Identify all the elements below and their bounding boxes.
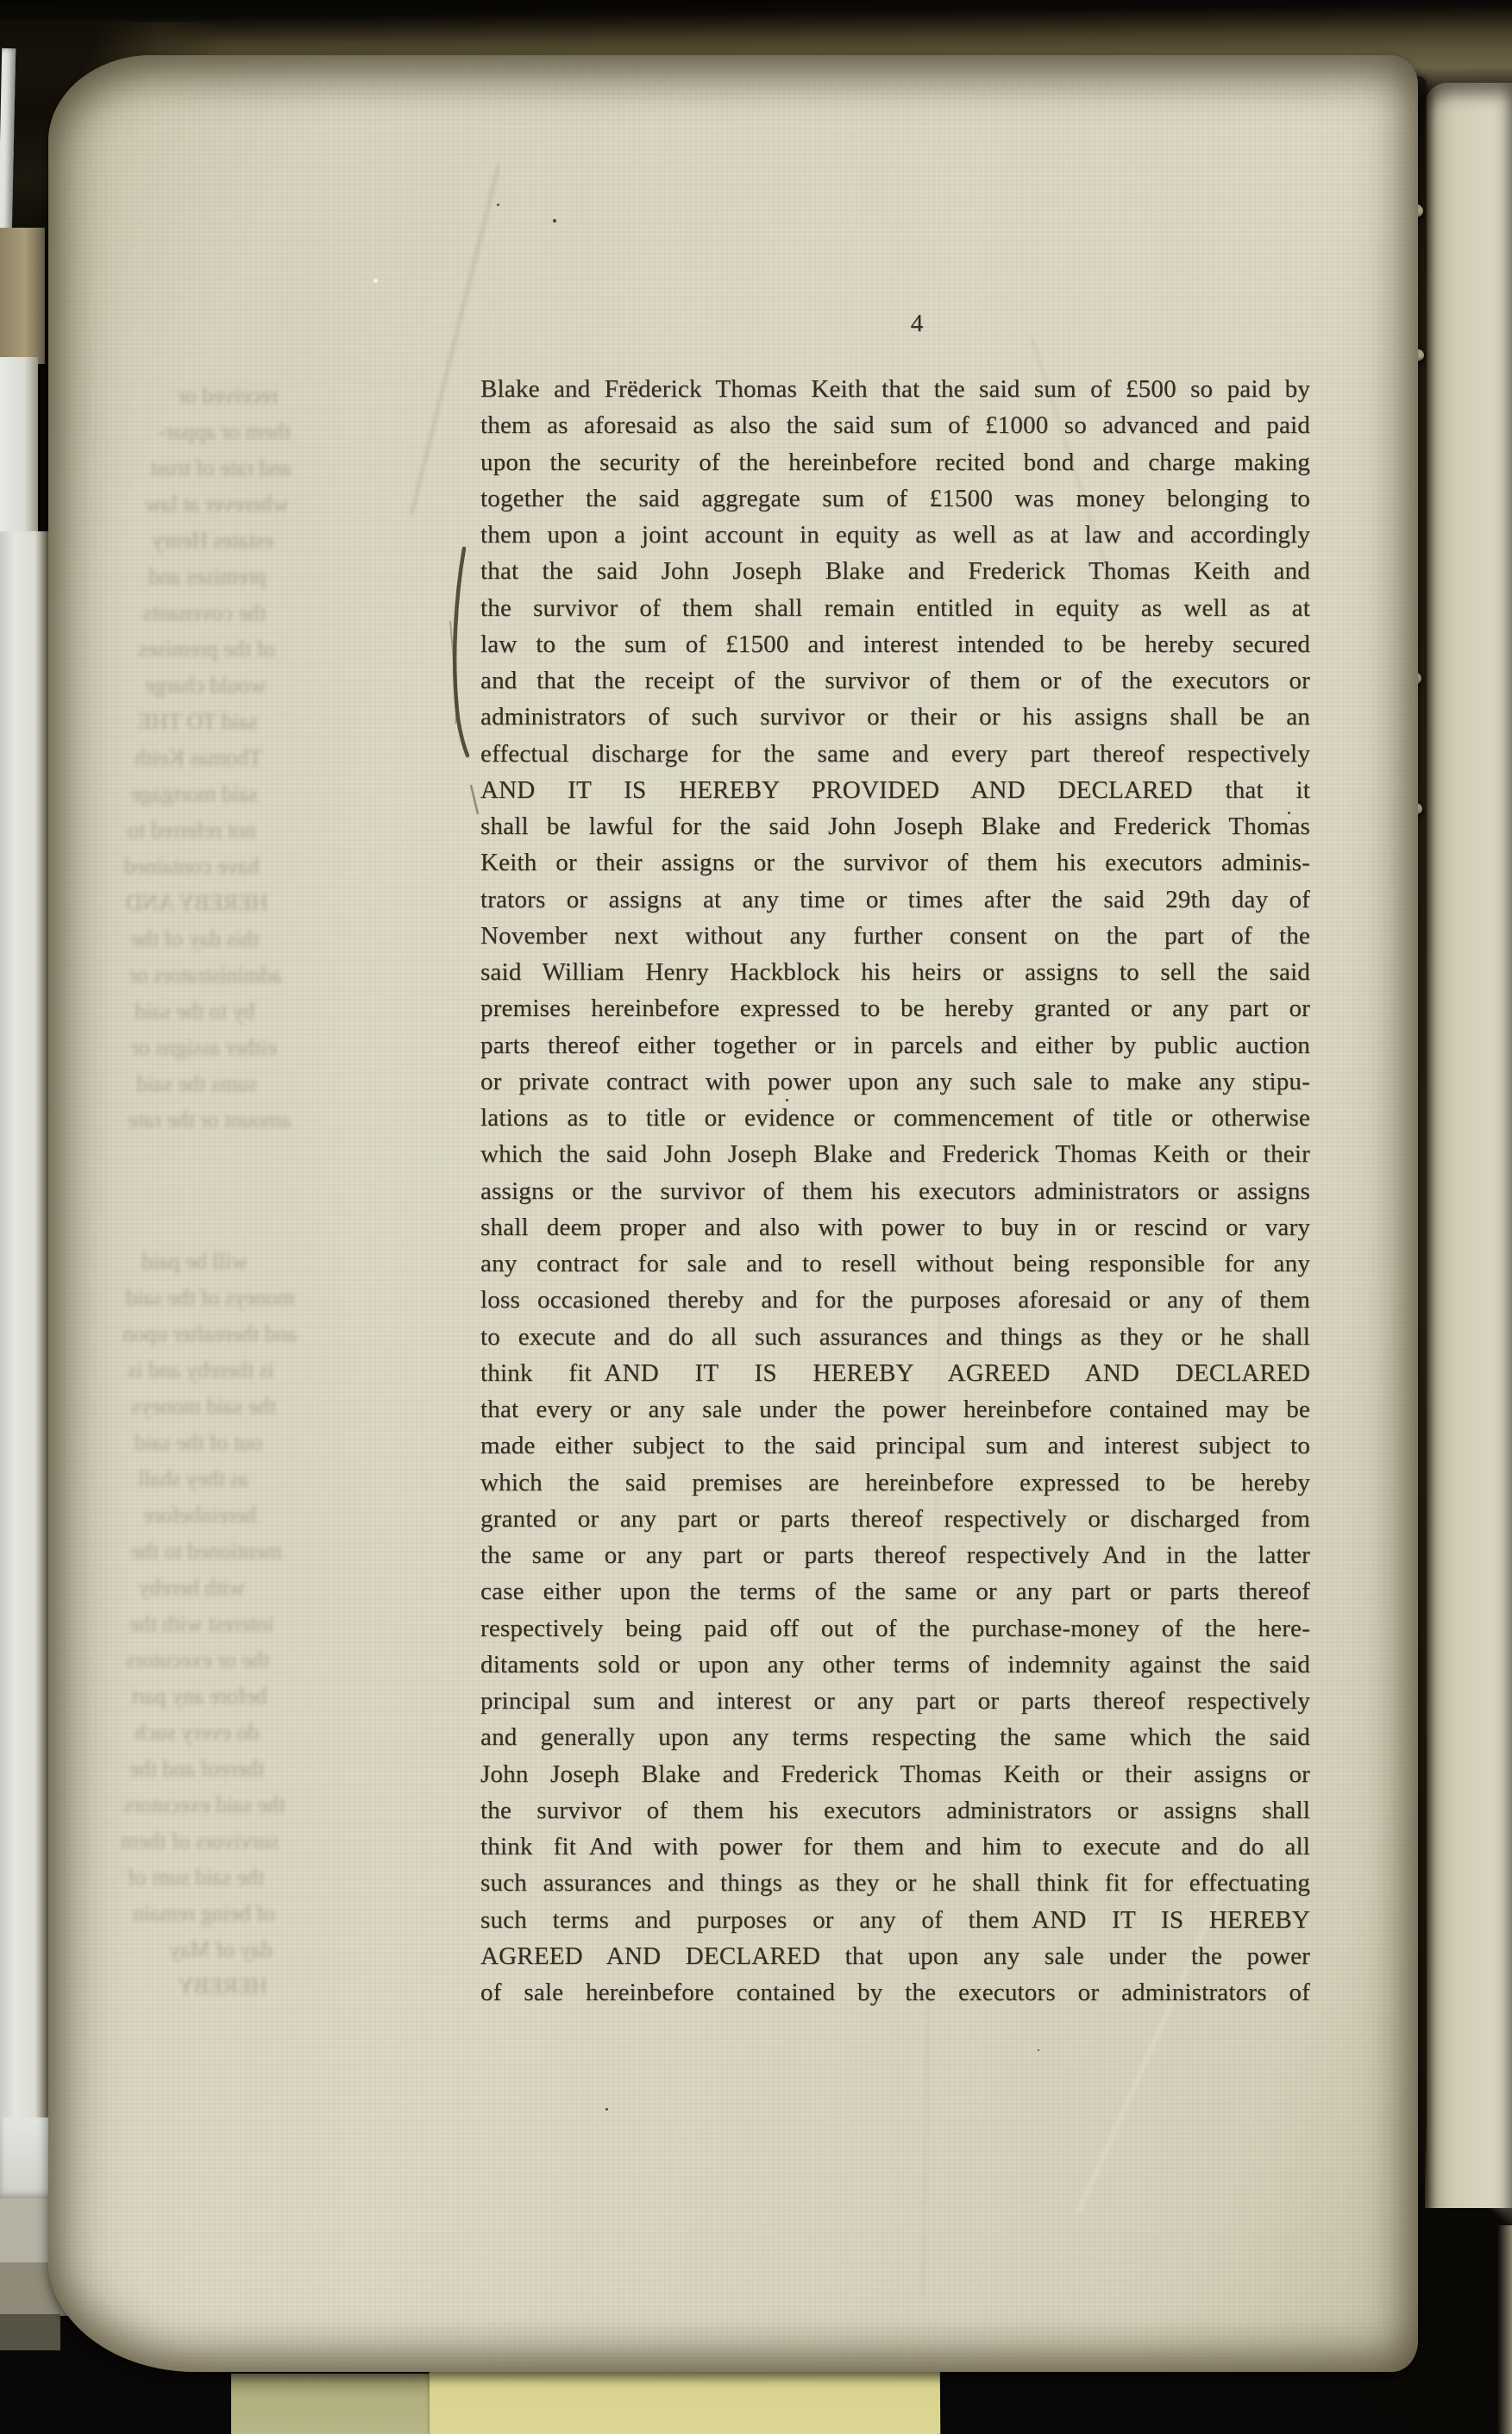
bleedthrough-text: is thereby and is bbox=[128, 1358, 274, 1383]
inserted-yellow-paper bbox=[430, 2363, 941, 2434]
text-line: parts thereof either together or in parc… bbox=[480, 1027, 1310, 1063]
text-line: administrators of such survivor or their… bbox=[480, 699, 1310, 735]
bleedthrough-text: said TO THE bbox=[138, 709, 258, 735]
paper-speck bbox=[1038, 2049, 1039, 2051]
text-line: and generally upon any terms respecting … bbox=[480, 1719, 1310, 1755]
bleedthrough-text: the said moneys bbox=[131, 1394, 276, 1420]
text-line: such terms and purposes or any of them A… bbox=[480, 1902, 1310, 1938]
text-line: any contract for sale and to resell with… bbox=[480, 1245, 1310, 1282]
book-scan: received orthem or appar-and rate of tru… bbox=[0, 0, 1512, 2434]
underlying-white-paper bbox=[0, 531, 50, 2306]
bleedthrough-text: Thomas Keith bbox=[135, 745, 262, 771]
text-line: John Joseph Blake and Frederick Thomas K… bbox=[480, 1756, 1310, 1792]
paper-stack-edge bbox=[0, 228, 45, 364]
bleedthrough-text: this day of the bbox=[131, 926, 259, 952]
text-line: law to the sum of £1500 and interest int… bbox=[480, 626, 1310, 662]
paper-speck bbox=[605, 2108, 608, 2111]
text-line: case either upon the terms of the same o… bbox=[480, 1573, 1310, 1609]
bleedthrough-text: moneys of the said bbox=[126, 1285, 295, 1311]
text-line: that the said John Joseph Blake and Fred… bbox=[480, 553, 1310, 589]
bleedthrough-text: HEREBY AND bbox=[126, 890, 267, 916]
scan-root: { "page": { "number": "4", "lines": [ "B… bbox=[0, 0, 1512, 2434]
text-line: think fit And with power for them and hi… bbox=[480, 1829, 1310, 1865]
text-line: and that the receipt of the survivor of … bbox=[480, 662, 1310, 699]
bleedthrough-text: the said executors bbox=[124, 1792, 285, 1818]
text-line: AGREED AND DECLARED that upon any sale u… bbox=[480, 1938, 1310, 1974]
bleedthrough-text: and rate of trust bbox=[150, 455, 292, 481]
inserted-paper-edge bbox=[231, 2374, 436, 2434]
bleedthrough-text: mentioned to the bbox=[131, 1539, 282, 1565]
text-line: think fit AND IT IS HEREBY AGREED AND DE… bbox=[480, 1355, 1310, 1391]
bleedthrough-text: administrators or bbox=[129, 963, 282, 988]
bleedthrough-text: premises and bbox=[148, 564, 266, 590]
text-line: the survivor of them shall remain entitl… bbox=[480, 590, 1310, 626]
text-line: or private contract with power upon any … bbox=[480, 1063, 1310, 1100]
text-line: principal sum and interest or any part o… bbox=[480, 1683, 1310, 1719]
text-line: together the said aggregate sum of £1500… bbox=[480, 480, 1310, 517]
text-line: effectual discharge for the same and eve… bbox=[480, 736, 1310, 772]
bleedthrough-text: not referred to bbox=[128, 818, 256, 844]
text-line: lations as to title or evidence or comme… bbox=[480, 1100, 1310, 1136]
bleedthrough-text: wherever at law bbox=[145, 492, 288, 518]
paper-speck bbox=[553, 219, 556, 223]
bleedthrough-text: estates Henry bbox=[152, 528, 273, 554]
bleedthrough-text: out of the said bbox=[135, 1430, 262, 1456]
bleedthrough-text: HEREBY bbox=[178, 1973, 267, 1999]
text-line: the same or any part or parts thereof re… bbox=[480, 1537, 1310, 1573]
bleedthrough-text: by to the said bbox=[135, 999, 254, 1025]
bleedthrough-text: amount or the rate bbox=[128, 1107, 292, 1133]
bleedthrough-text: thereof and the bbox=[129, 1756, 264, 1782]
text-line: to execute and do all such assurances an… bbox=[480, 1319, 1310, 1355]
text-line: trators or assigns at any time or times … bbox=[480, 881, 1310, 918]
text-line: premises hereinbefore expressed to be he… bbox=[480, 990, 1310, 1026]
bleedthrough-text: will be paid bbox=[141, 1249, 248, 1275]
text-line: which the said John Joseph Blake and Fre… bbox=[480, 1136, 1310, 1172]
bleedthrough-text: with hereby bbox=[138, 1575, 244, 1601]
bleedthrough-text: and thereafter upon bbox=[122, 1321, 297, 1347]
text-line: November next without any further consen… bbox=[480, 918, 1310, 954]
text-line: that every or any sale under the power h… bbox=[480, 1391, 1310, 1427]
bleedthrough-text: the or executors bbox=[126, 1647, 269, 1673]
text-line: them as aforesaid as also the said sum o… bbox=[480, 407, 1310, 443]
bleedthrough-text: either assigns or bbox=[131, 1035, 277, 1061]
bleedthrough-text: of being remain bbox=[133, 1901, 275, 1927]
bleedthrough-text: would charge bbox=[145, 673, 266, 699]
text-block: Blake and Frëderick Thomas Keith that th… bbox=[480, 371, 1310, 2011]
text-line: granted or any part or parts thereof res… bbox=[480, 1501, 1310, 1537]
text-line: of sale hereinbefore contained by the ex… bbox=[480, 1974, 1310, 2011]
bleedthrough-text: before any part bbox=[131, 1684, 267, 1709]
text-line: ditaments sold or upon any other terms o… bbox=[480, 1647, 1310, 1683]
bleedthrough-text: hereinbefore bbox=[143, 1502, 256, 1528]
text-line: respectively being paid off out of the p… bbox=[480, 1610, 1310, 1647]
text-line: the survivor of them his executors admin… bbox=[480, 1792, 1310, 1829]
text-line: Blake and Frëderick Thomas Keith that th… bbox=[480, 371, 1310, 407]
text-line: Keith or their assigns or the survivor o… bbox=[480, 844, 1310, 881]
bleedthrough-text: do every such bbox=[135, 1720, 259, 1746]
bleedthrough-text: as they shall bbox=[138, 1466, 249, 1492]
text-line: shall deem proper and also with power to… bbox=[480, 1209, 1310, 1245]
text-line: which the said premises are hereinbefore… bbox=[480, 1465, 1310, 1501]
text-line: shall be lawful for the said John Joseph… bbox=[480, 808, 1310, 844]
bleedthrough-text: received or bbox=[178, 383, 278, 409]
next-page-edge bbox=[1425, 83, 1512, 2370]
text-line: assigns or the survivor of them his exec… bbox=[480, 1173, 1310, 1209]
paper-speck bbox=[497, 204, 499, 206]
paper-stack-sliver bbox=[0, 357, 38, 535]
bleedthrough-text: said mortgage bbox=[131, 781, 258, 807]
text-line: them upon a joint account in equity as w… bbox=[480, 517, 1310, 553]
text-line: made either subject to the said principa… bbox=[480, 1427, 1310, 1464]
bleedthrough-text: the covenants bbox=[143, 600, 266, 626]
bleedthrough-text: the said sum of bbox=[128, 1865, 264, 1891]
bleedthrough-text: sums the said bbox=[136, 1071, 257, 1097]
paper-stack-ledge bbox=[0, 2314, 60, 2350]
right-page-sliver bbox=[1497, 2225, 1512, 2434]
bleedthrough-text: of the premises bbox=[138, 637, 275, 662]
text-line: said William Henry Hackblock his heirs o… bbox=[480, 954, 1310, 990]
text-line: such assurances and things as they or he… bbox=[480, 1865, 1310, 1901]
text-line: loss occasioned thereby and for the purp… bbox=[480, 1282, 1310, 1318]
text-line: upon the security of the hereinbefore re… bbox=[480, 444, 1310, 480]
bleedthrough-text: day of May bbox=[169, 1937, 273, 1963]
document-page: received orthem or appar-and rate of tru… bbox=[48, 55, 1418, 2372]
page-number: 4 bbox=[874, 310, 960, 338]
bleedthrough-text: survivors of them bbox=[121, 1829, 279, 1854]
bleedthrough-text: have contained bbox=[124, 854, 260, 880]
bleedthrough-text: them or appar- bbox=[159, 419, 291, 445]
bleedthrough-text: interest with the bbox=[129, 1611, 274, 1637]
text-line: AND IT IS HEREBY PROVIDED AND DECLARED t… bbox=[480, 772, 1310, 808]
paper-speck bbox=[373, 279, 378, 283]
